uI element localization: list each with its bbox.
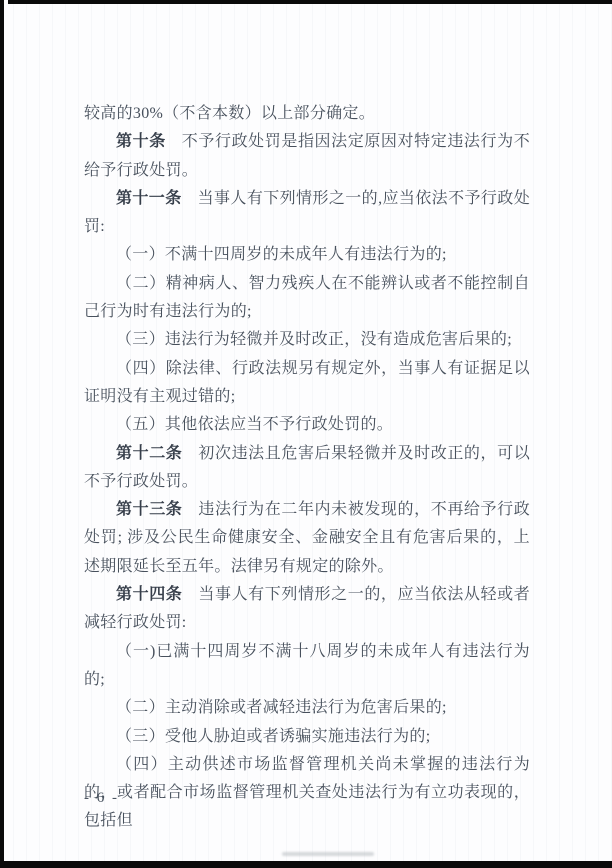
article-number: 第十一条 <box>116 190 182 207</box>
body-paragraph: 较高的30%（不含本数）以上部分确定。 <box>84 100 530 128</box>
body-paragraph: （四）除法律、行政法规另有规定外，当事人有证据足以证明没有主观过错的; <box>84 355 530 412</box>
body-paragraph: （一)已满十四周岁不满十八周岁的未成年人有违法行为的; <box>84 638 530 695</box>
article-number: 第十三条 <box>116 501 182 518</box>
body-paragraph: （二）主动消除或者减轻违法行为危害后果的; <box>84 694 530 722</box>
body-paragraph: （二）精神病人、智力残疾人在不能辨认或者不能控制自己行为时有违法行为的; <box>84 270 530 327</box>
article-number: 第十二条 <box>116 445 182 462</box>
article-paragraph: 第十一条当事人有下列情形之一的,应当依法不予行政处罚: <box>84 185 530 242</box>
body-paragraph: （五）其他依法应当不予行政处罚的。 <box>84 411 530 439</box>
article-paragraph: 第十四条当事人有下列情形之一的，应当依法从轻或者减轻行政处罚: <box>84 581 530 638</box>
body-paragraph: （三）违法行为轻微并及时改正，没有造成危害后果的; <box>84 326 530 354</box>
body-paragraph: （三）受他人胁迫或者诱骗实施违法行为的; <box>84 723 530 751</box>
scan-smudge <box>282 852 374 856</box>
article-number: 第十四条 <box>116 586 182 603</box>
article-paragraph: 第十条不予行政处罚是指因法定原因对特定违法行为不给予行政处罚。 <box>84 128 530 185</box>
article-paragraph: 第十二条初次违法且危害后果轻微并及时改正的，可以不予行政处罚。 <box>84 440 530 497</box>
scanned-page: 较高的30%（不含本数）以上部分确定。第十条不予行政处罚是指因法定原因对特定违法… <box>0 0 612 868</box>
scan-edge-bottom <box>0 861 612 868</box>
scan-edge-left <box>0 0 4 868</box>
document-body: 较高的30%（不含本数）以上部分确定。第十条不予行政处罚是指因法定原因对特定违法… <box>84 100 530 836</box>
scan-edge-top <box>8 0 612 4</box>
article-number: 第十条 <box>116 133 166 150</box>
page-number: - 6 - <box>84 790 119 807</box>
body-paragraph: （四）主动供述市场监督管理机关尚未掌握的违法行为的，或者配合市场监督管理机关查处… <box>84 751 530 836</box>
body-paragraph: （一）不满十四周岁的未成年人有违法行为的; <box>84 241 530 269</box>
article-paragraph: 第十三条违法行为在二年内未被发现的，不再给予行政处罚; 涉及公民生命健康安全、金… <box>84 496 530 581</box>
